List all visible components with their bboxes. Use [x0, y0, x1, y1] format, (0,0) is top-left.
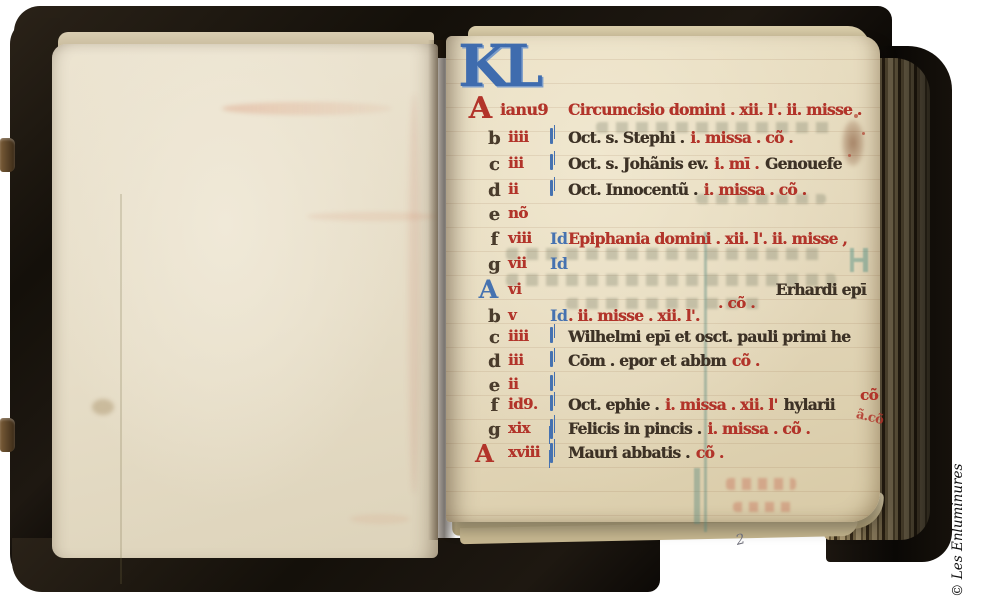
feast-entry: Epiphania domini . xii. l'. ii. misse ,: [568, 229, 866, 248]
feast-text-segment: hylarii: [784, 395, 835, 414]
dominical-letter: b: [482, 306, 506, 327]
calendar-row: ciiiiWilhelmi epī et osct. pauli primi h…: [446, 327, 880, 351]
calendar-row: Aianu9Circumcisio domini . xii. l'. ii. …: [446, 100, 880, 124]
gutter-red-tinge: [408, 94, 420, 494]
feast-text-segment: Cōm . epor et abbm: [568, 351, 726, 370]
clasp-remnant-lower: [0, 418, 15, 452]
floating-commemoration-abbrev: . cõ .: [718, 294, 755, 312]
roman-numeral: vi: [508, 280, 560, 298]
feast-text-segment: Felicis in pincis .: [568, 419, 701, 438]
dominical-letter: e: [482, 375, 506, 396]
dominical-letter: f: [482, 229, 506, 250]
red-offset-stain: [350, 514, 410, 524]
feast-entry: Wilhelmi epī et osct. pauli primi he: [568, 327, 866, 346]
kl-monogram: KL: [458, 32, 537, 100]
calendar-row: diiOct. Innocentũ .i. missa . cõ .: [446, 180, 880, 204]
dominical-letter: A: [476, 275, 500, 304]
blue-paraph-mark: [550, 180, 553, 196]
dominical-letter: g: [482, 419, 506, 440]
dominical-letter: A: [472, 439, 496, 468]
feast-entry: Mauri abbatis .cõ .: [568, 443, 866, 462]
floating-commemoration-abbrev: cõ: [860, 386, 878, 404]
feast-text-segment: i. missa . cõ .: [690, 128, 793, 147]
bleed-through-red: [733, 502, 793, 512]
blue-paraph-mark: [550, 351, 553, 367]
feast-text-segment: Erhardi epī: [776, 280, 866, 299]
feast-entry: Circumcisio domini . xii. l'. ii. misse …: [568, 100, 866, 119]
calendar-row: enõ: [446, 204, 880, 228]
dominical-letter: f: [482, 395, 506, 416]
feast-text-segment: Wilhelmi epī et osct. pauli primi he: [568, 327, 850, 346]
feast-text-segment: Oct. Innocentũ .: [568, 180, 698, 199]
blue-paraph-mark: Id: [550, 254, 567, 273]
bleed-through-mark: [694, 468, 700, 524]
dominical-letter: c: [482, 327, 506, 348]
feast-text-segment: i. missa . xii. l': [665, 395, 778, 414]
blue-paraph-mark: [550, 375, 553, 391]
red-offset-stain: [222, 102, 392, 115]
blue-paraph-mark: Id: [550, 229, 567, 248]
dominical-letter: A: [464, 91, 496, 126]
roman-numeral: nõ: [508, 204, 560, 222]
feast-entry: Erhardi epī: [568, 280, 866, 299]
feast-text-segment: Oct. ephie .: [568, 395, 659, 414]
blue-paraph-mark: [550, 419, 553, 439]
clasp-remnant-upper: [0, 138, 15, 172]
dominical-letter: e: [482, 204, 506, 225]
feast-entry: Cōm . epor et abbmcõ .: [568, 351, 866, 370]
calendar-row: gviiId: [446, 254, 880, 278]
feast-text-segment: Oct. s. Stephi .: [568, 128, 684, 147]
feast-text-segment: Epiphania domini . xii. l'. ii. misse ,: [568, 229, 847, 248]
calendar-row: biiiiOct. s. Stephi .i. missa . cõ .: [446, 128, 880, 152]
blue-paraph-mark: [550, 327, 553, 343]
feast-entry: Oct. s. Johãnis ev.i. mī .Genouefe: [568, 154, 866, 173]
dominical-letter: d: [482, 351, 506, 372]
dominical-letter: d: [482, 180, 506, 201]
feast-entry: Oct. Innocentũ .i. missa . cõ .: [568, 180, 866, 199]
blue-paraph-mark: [550, 443, 553, 463]
parchment-crease: [120, 194, 122, 584]
feast-entry: Felicis in pincis .i. missa . cõ .: [568, 419, 866, 438]
brown-spot-stain: [92, 399, 114, 415]
feast-text-segment: Circumcisio domini . xii. l'. ii. misse …: [568, 100, 862, 119]
feast-text-segment: i. missa . cõ .: [704, 180, 807, 199]
calendar-row: ciiiOct. s. Johãnis ev.i. mī .Genouefe: [446, 154, 880, 178]
dominical-letter: g: [482, 254, 506, 275]
dominical-letter: c: [482, 154, 506, 175]
bleed-through-red: [726, 478, 796, 490]
blue-paraph-mark: [550, 128, 553, 144]
blue-paraph-mark: [550, 154, 553, 170]
feast-text-segment: i. mī .: [714, 154, 759, 173]
left-blank-page: [52, 44, 438, 558]
blue-paraph-mark: [550, 395, 553, 411]
watermark-credit: © Les Enluminures: [950, 421, 966, 597]
calendar-row: gxixFelicis in pincis .i. missa . cõ .: [446, 419, 880, 443]
calendar-row: fid9.Oct. ephie .i. missa . xii. l'hylar…: [446, 395, 880, 419]
month-label: ianu9: [500, 100, 564, 119]
feast-entry: . ii. misse . xii. l'.: [568, 306, 866, 325]
blue-paraph-mark: Id: [550, 306, 567, 325]
feast-text-segment: . ii. misse . xii. l'.: [568, 306, 700, 325]
feast-text-segment: Oct. s. Johãnis ev.: [568, 154, 708, 173]
feast-entry: Oct. ephie .i. missa . xii. l'hylarii: [568, 395, 866, 414]
feast-text-segment: cõ .: [732, 351, 760, 370]
calendar-page: KL Aianu9Circumcisio domini . xii. l'. i…: [446, 36, 880, 522]
dominical-letter: b: [482, 128, 506, 149]
feast-entry: Oct. s. Stephi .i. missa . cõ .: [568, 128, 866, 147]
feast-text-segment: i. missa . cõ .: [707, 419, 810, 438]
calendar-row: AviErhardi epī: [446, 280, 880, 304]
feast-text-segment: Mauri abbatis .: [568, 443, 690, 462]
manuscript-photo: KL Aianu9Circumcisio domini . xii. l'. i…: [0, 0, 981, 600]
calendar-row: fviiiIdEpiphania domini . xii. l'. ii. m…: [446, 229, 880, 253]
calendar-row: diiiCōm . epor et abbmcõ .: [446, 351, 880, 375]
feast-text-segment: Genouefe: [765, 154, 842, 173]
calendar-row: AxviiiMauri abbatis .cõ .: [446, 443, 880, 467]
feast-text-segment: cõ .: [696, 443, 724, 462]
